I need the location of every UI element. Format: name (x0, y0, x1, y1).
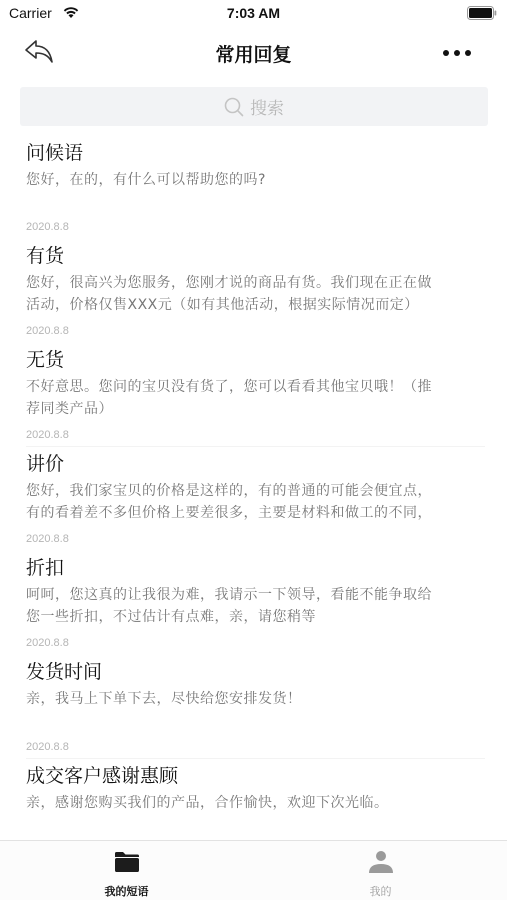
reply-title: 折扣 (26, 553, 64, 580)
reply-title: 问候语 (26, 138, 83, 165)
reply-body: 不好意思。您问的宝贝没有货了，您可以看看其他宝贝哦！（推 荐同类产品） (26, 376, 484, 420)
reply-date: 2020.8.8 (26, 637, 69, 649)
reply-item[interactable]: 2020.8.8 无货 不好意思。您问的宝贝没有货了，您可以看看其他宝贝哦！（推… (0, 320, 507, 424)
reply-date: 2020.8.8 (26, 221, 69, 233)
divider (26, 446, 485, 447)
reply-item[interactable]: 2020.8.8 发货时间 亲，我马上下单下去，尽快给您安排发货！ (0, 632, 507, 732)
reply-title: 发货时间 (26, 657, 102, 684)
battery-icon (467, 6, 497, 20)
more-dots-icon (465, 50, 471, 56)
reply-item[interactable]: 问候语 您好，在的，有什么可以帮助您的吗? (0, 130, 507, 200)
status-time: 7:03 AM (0, 5, 507, 21)
search-placeholder: 搜索 (250, 94, 284, 119)
more-dots-icon (443, 50, 449, 56)
reply-list: 问候语 您好，在的，有什么可以帮助您的吗? 2020.8.8 有货 您好，很高兴… (0, 130, 507, 840)
tab-label: 我的短语 (0, 883, 253, 899)
reply-item[interactable]: 2020.8.8 讲价 您好，我们家宝贝的价格是这样的，有的普通的可能会便宜点，… (0, 424, 507, 528)
tab-me[interactable]: 我的 (254, 841, 507, 900)
tab-bar: 我的短语 我的 (0, 840, 507, 900)
reply-body: 您好，在的，有什么可以帮助您的吗? (26, 169, 484, 191)
reply-date: 2020.8.8 (26, 741, 69, 753)
reply-title: 讲价 (26, 449, 64, 476)
folder-icon (114, 849, 140, 875)
reply-item[interactable]: 2020.8.8 有货 您好，很高兴为您服务，您刚才说的商品有货。我们现在正在做… (0, 216, 507, 320)
person-icon (368, 849, 394, 875)
status-bar: Carrier 7:03 AM (0, 0, 507, 28)
reply-title: 无货 (26, 345, 64, 372)
reply-body: 亲，感谢您购买我们的产品，合作愉快，欢迎下次光临。 (26, 792, 484, 814)
tab-label: 我的 (254, 883, 507, 899)
reply-date: 2020.8.8 (26, 533, 69, 545)
search-icon (224, 97, 244, 117)
reply-title: 成交客户感谢惠顾 (26, 761, 178, 788)
page-title: 常用回复 (0, 40, 507, 67)
reply-date: 2020.8.8 (26, 429, 69, 441)
reply-body: 呵呵，您这真的让我很为难，我请示一下领导，看能不能争取给 您一些折扣，不过估计有… (26, 584, 484, 628)
more-button[interactable] (443, 48, 471, 58)
reply-body: 亲，我马上下单下去，尽快给您安排发货！ (26, 688, 484, 710)
divider (26, 758, 485, 759)
reply-body: 您好，很高兴为您服务，您刚才说的商品有货。我们现在正在做 活动，价格仅售XXX元… (26, 272, 484, 316)
reply-item[interactable]: 2020.8.8 折扣 呵呵，您这真的让我很为难，我请示一下领导，看能不能争取给… (0, 528, 507, 632)
more-dots-icon (454, 50, 460, 56)
reply-date: 2020.8.8 (26, 325, 69, 337)
navigation-bar: 常用回复 (0, 28, 507, 78)
reply-item[interactable]: 2020.8.8 成交客户感谢惠顾 亲，感谢您购买我们的产品，合作愉快，欢迎下次… (0, 736, 507, 836)
tab-my-phrases[interactable]: 我的短语 (0, 841, 253, 900)
search-input[interactable]: 搜索 (20, 87, 488, 126)
reply-body: 您好，我们家宝贝的价格是这样的，有的普通的可能会便宜点， 有的看着差不多但价格上… (26, 480, 484, 524)
reply-title: 有货 (26, 241, 64, 268)
